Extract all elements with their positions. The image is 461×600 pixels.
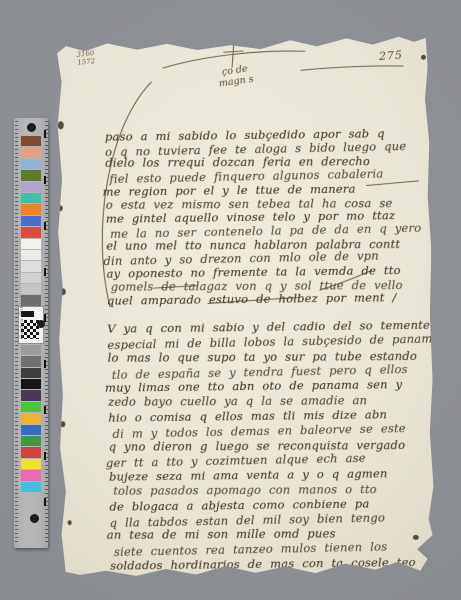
target-brand-label: Golden Thread xyxy=(19,295,25,339)
fiducial-dot-bottom-icon xyxy=(30,514,39,523)
color-patch xyxy=(21,447,41,457)
color-patch xyxy=(21,273,41,283)
color-patch xyxy=(21,368,41,378)
color-patch xyxy=(21,170,41,180)
patch-group-colors-bottom xyxy=(21,390,41,492)
color-patch xyxy=(21,345,41,355)
color-patch xyxy=(21,136,41,146)
color-patch xyxy=(21,216,41,226)
color-patch xyxy=(21,182,41,192)
paper-tear-speck xyxy=(421,55,426,60)
paper-tear-speck xyxy=(413,535,419,540)
color-patch xyxy=(21,284,41,294)
patch-group-gray-wedge-lower xyxy=(21,345,41,390)
color-calibration-target: Golden Thread xyxy=(14,118,48,548)
invocation-cross-icon xyxy=(224,51,243,52)
color-patch xyxy=(21,413,41,423)
manuscript-line: tolos pasados apomago con manos o tto xyxy=(113,482,425,499)
manuscript-text-block: paso a mi sabido lo subçedido apor sab q… xyxy=(105,127,427,587)
color-patch xyxy=(21,379,41,389)
registration-dashes xyxy=(44,130,46,534)
paper-tear-speck xyxy=(60,288,66,295)
color-patch xyxy=(21,425,41,435)
manuscript-page: 3160 1572 275 ço de magn s paso a mi sab… xyxy=(55,35,436,578)
paper-tear-speck xyxy=(60,421,65,427)
flourish-line-top xyxy=(163,51,305,68)
ruler-ticks-left xyxy=(15,121,18,545)
color-patch xyxy=(21,390,41,400)
color-patch xyxy=(21,239,41,249)
archival-photo: Golden Thread 3160 1572 275 ço de magn s xyxy=(0,0,461,600)
manuscript-paragraph-1: paso a mi sabido lo subçedido apor sab q… xyxy=(105,127,423,309)
manuscript-line: o esta vez mismo sen tebea tal ha cosa s… xyxy=(106,196,422,212)
manuscript-paragraph-2: V ya q con mi sabio y del cadio del so t… xyxy=(107,318,426,573)
color-patch xyxy=(21,204,41,214)
flourish-line-right xyxy=(301,66,403,71)
patch-group-colors-top xyxy=(21,136,41,249)
color-patch xyxy=(21,227,41,237)
fiducial-dot-top-icon xyxy=(27,123,36,132)
color-patch xyxy=(21,482,41,492)
color-patch xyxy=(21,159,41,169)
color-patch xyxy=(21,436,41,446)
invocation-cross-icon xyxy=(232,43,234,67)
color-patch xyxy=(21,470,41,480)
color-patch xyxy=(21,261,41,271)
paper-tear-speck xyxy=(58,205,63,211)
color-patch xyxy=(21,250,41,260)
color-patch xyxy=(21,147,41,157)
paper-tear-speck xyxy=(68,520,72,525)
manuscript-line: zedo bayo cuello ya q la se amadie an xyxy=(108,393,424,410)
paper-tear-speck xyxy=(58,121,64,129)
color-patch xyxy=(21,356,41,366)
manuscript-line: gomels de talagaz von q y sol ttue de ve… xyxy=(111,279,423,295)
color-patch xyxy=(21,402,41,412)
color-patch xyxy=(21,193,41,203)
fiducial-dot-middle-icon xyxy=(37,320,45,328)
color-patch xyxy=(21,459,41,469)
